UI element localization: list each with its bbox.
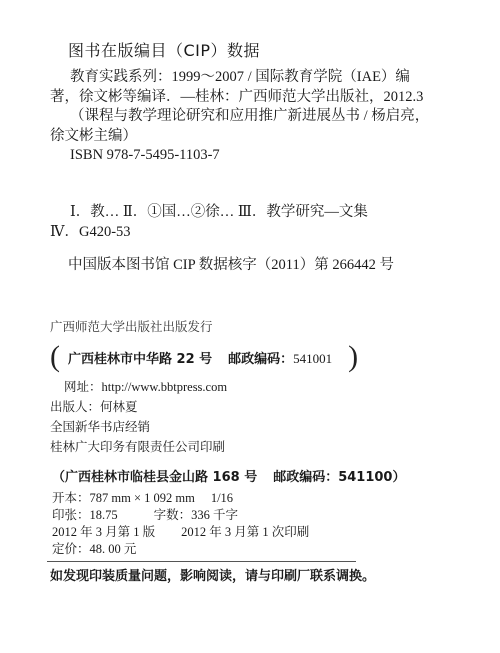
classification-line-1: Ⅰ．教… Ⅱ．①国…②徐… Ⅲ．教学研究—文集 bbox=[50, 203, 445, 223]
printer-street: （广西桂林市临桂县金山路 168 号 bbox=[52, 470, 257, 485]
publisher-address-block: ( 广西桂林市中华路 22 号邮政编码：541001 ) bbox=[50, 340, 358, 374]
postcode-value: 541001 bbox=[293, 351, 332, 366]
cip-title: 图书在版编目（CIP）数据 bbox=[68, 38, 260, 61]
spec-word-count: 字数：336 千字 bbox=[154, 508, 238, 522]
spec-edition: 2012 年 3 月第 1 版 bbox=[52, 525, 155, 539]
printer: 桂林广大印务有限责任公司印刷 bbox=[50, 437, 227, 457]
classification-line-2: Ⅳ．G420-53 bbox=[50, 223, 445, 243]
publisher-issuer: 广西师范大学出版社出版发行 bbox=[50, 317, 213, 335]
quality-notice: 如发现印装质量问题，影响阅读，请与印刷厂联系调换。 bbox=[50, 565, 375, 584]
book-specs: 开本：787 mm × 1 092 mm1/16 印张：18.75字数：336 … bbox=[52, 490, 309, 558]
cip-description: 教育实践系列：1999～2007 / 国际教育学院（IAE）编 著，徐文彬等编译… bbox=[50, 68, 445, 166]
divider-rule bbox=[47, 561, 356, 562]
printer-postcode: 邮政编码：541100） bbox=[273, 470, 405, 485]
spec-format-fraction: 1/16 bbox=[211, 491, 233, 505]
cip-line-series-note: （课程与教学理论研究和应用推广新进展丛书 / 杨启亮， bbox=[50, 107, 445, 127]
cip-line-authors: 著，徐文彬等编译．—桂林：广西师范大学出版社，2012.3 bbox=[50, 88, 445, 108]
postcode-label: 邮政编码： bbox=[228, 352, 293, 367]
close-paren: ) bbox=[348, 342, 358, 372]
cip-classification: Ⅰ．教… Ⅱ．①国…②徐… Ⅲ．教学研究—文集 Ⅳ．G420-53 bbox=[50, 203, 445, 242]
cip-line-series: 教育实践系列：1999～2007 / 国际教育学院（IAE）编 bbox=[50, 68, 445, 88]
isbn: ISBN 978-7-5495-1103-7 bbox=[50, 146, 445, 166]
distributor: 全国新华书店经销 bbox=[50, 417, 227, 437]
cip-line-editors: 徐文彬主编） bbox=[50, 127, 445, 147]
spec-sheets: 印张：18.75 bbox=[52, 508, 118, 522]
open-paren: ( bbox=[50, 342, 60, 372]
cip-record-number: 中国版本图书馆 CIP 数据核字（2011）第 266442 号 bbox=[68, 253, 394, 274]
printer-address: （广西桂林市临桂县金山路 168 号邮政编码：541100） bbox=[52, 466, 405, 485]
website-link[interactable]: 网址：http://www.bbtpress.com bbox=[50, 377, 227, 397]
spec-price: 定价：48. 00 元 bbox=[52, 542, 136, 556]
spec-format: 开本：787 mm × 1 092 mm bbox=[52, 491, 195, 505]
publisher-person: 出版人：何林夏 bbox=[50, 397, 227, 417]
publisher-street: 广西桂林市中华路 22 号 bbox=[68, 352, 212, 367]
publisher-details: 网址：http://www.bbtpress.com 出版人：何林夏 全国新华书… bbox=[50, 377, 227, 457]
spec-printing: 2012 年 3 月第 1 次印刷 bbox=[181, 525, 309, 539]
